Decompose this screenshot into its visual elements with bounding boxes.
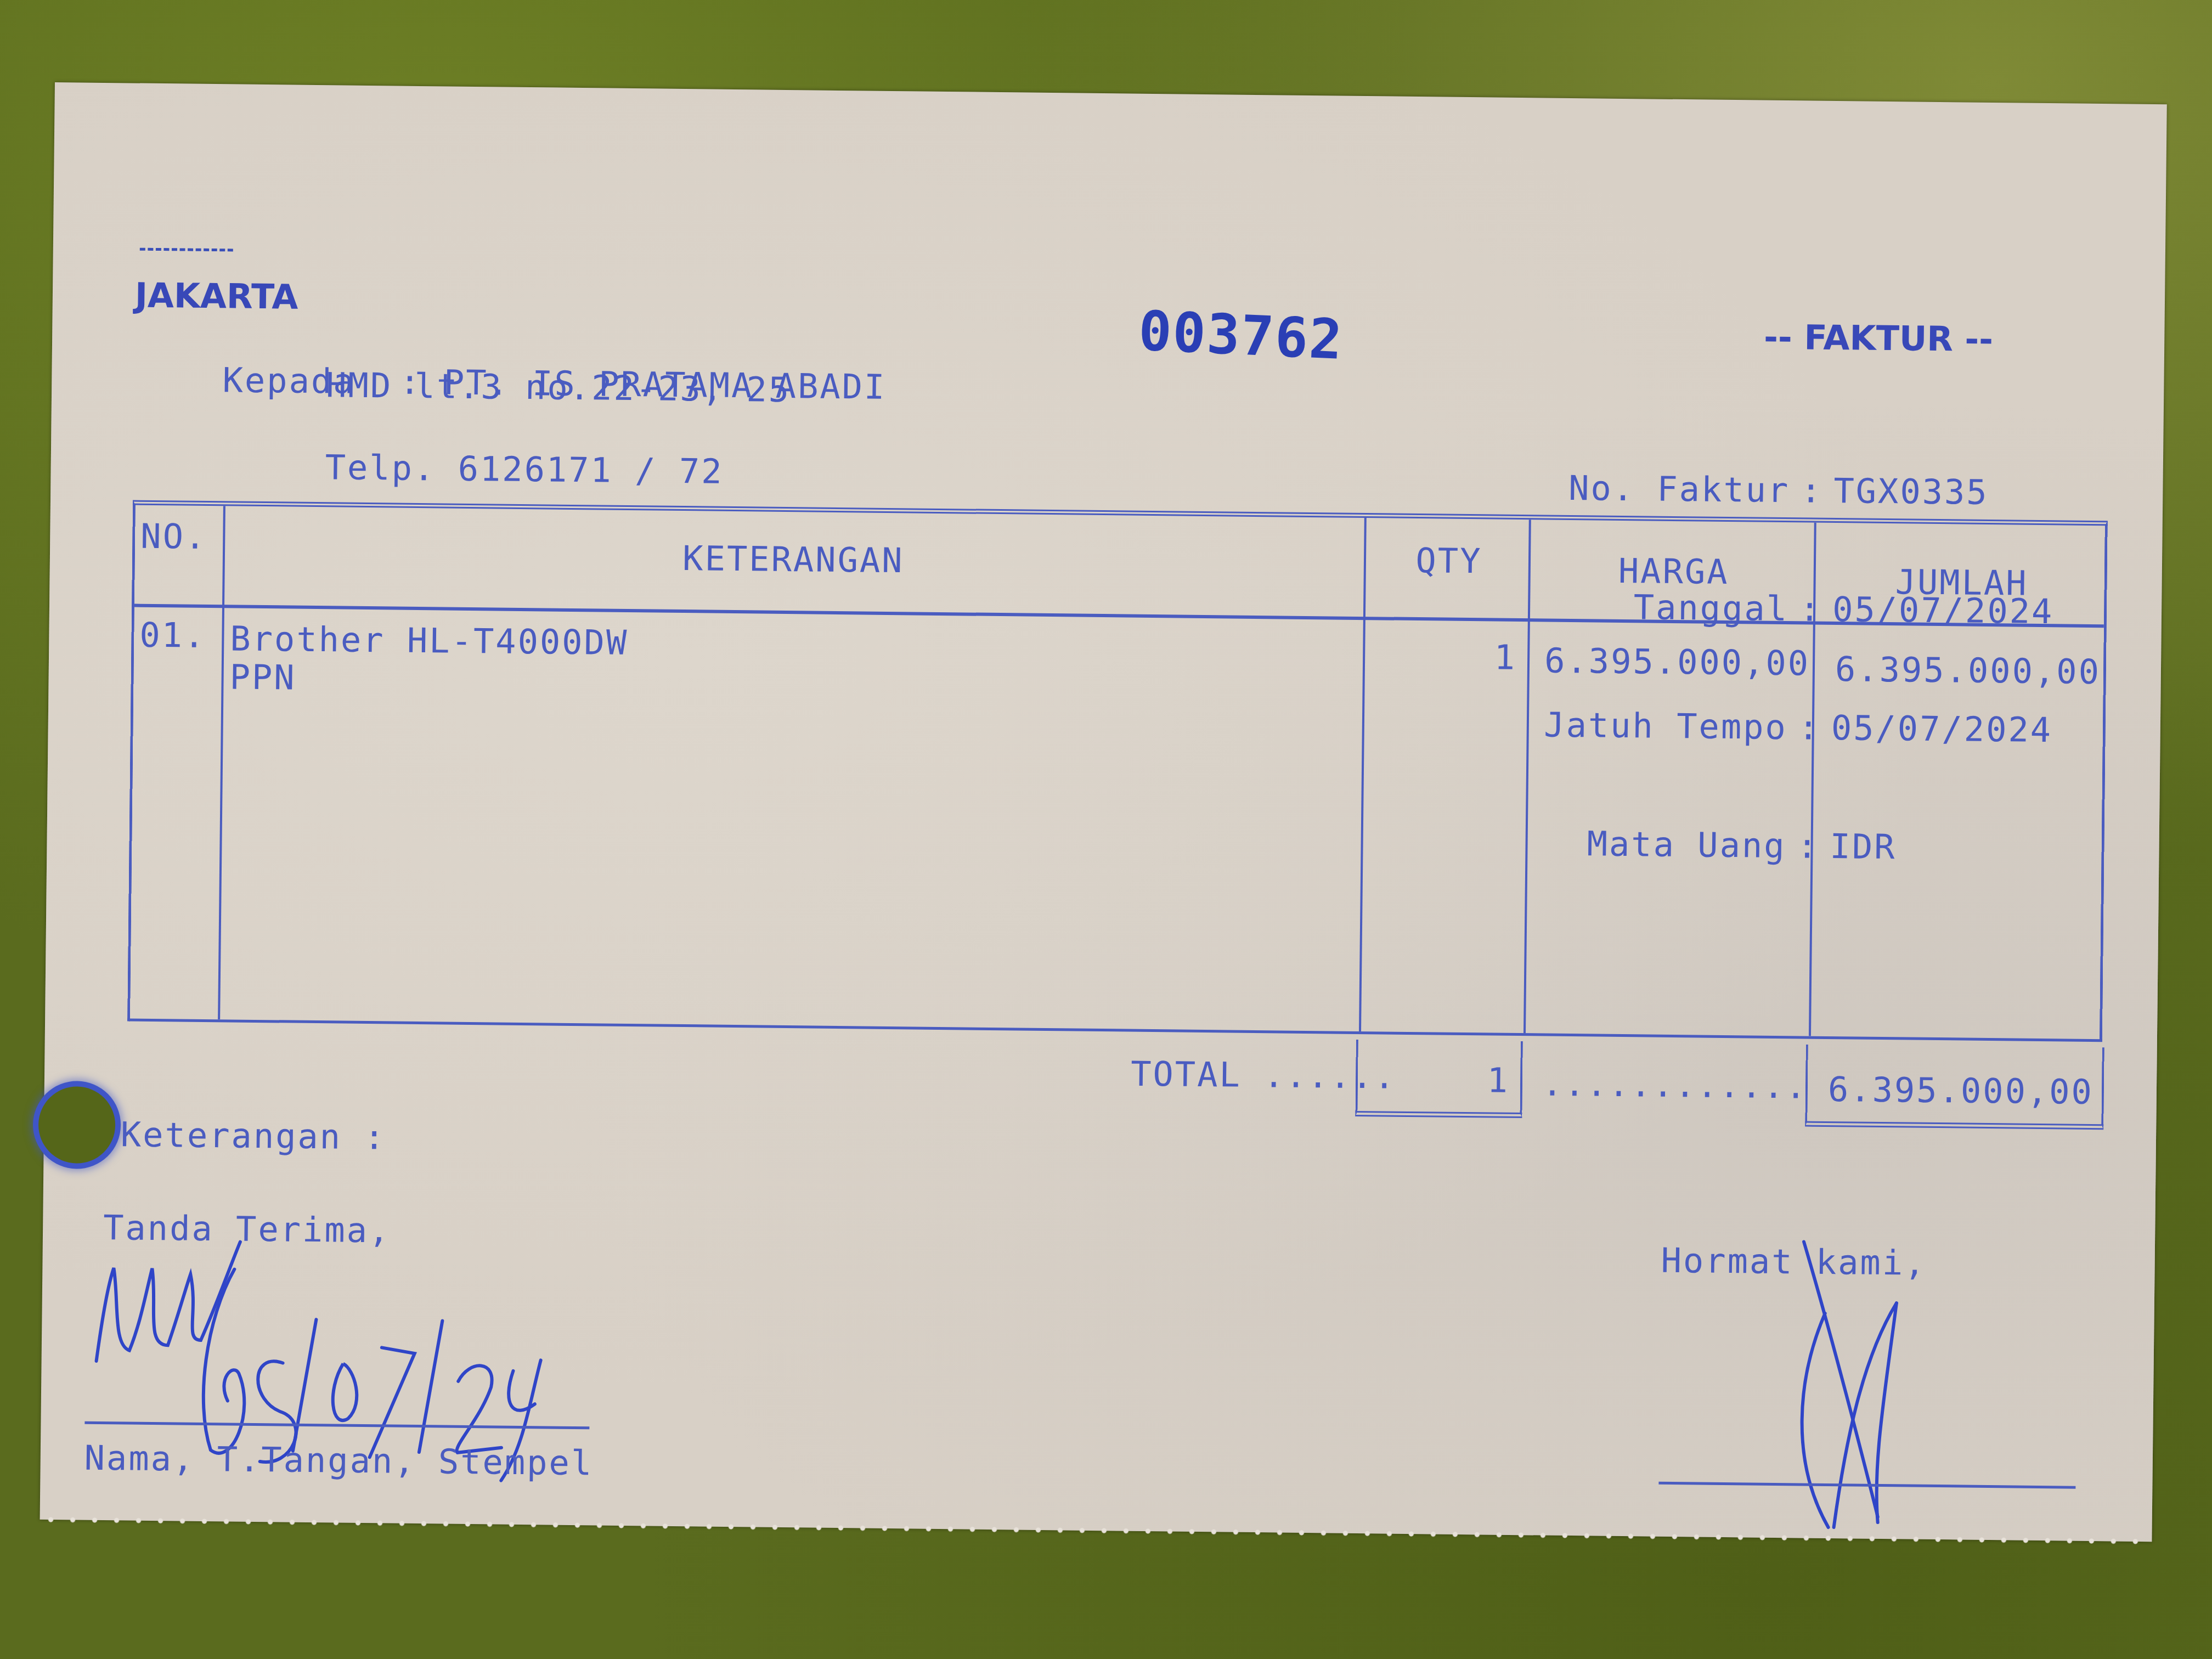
info-sep: : <box>1790 471 1834 510</box>
recipient-address: HMD lt.3 no.22-23, 25 <box>326 365 791 410</box>
total-label: TOTAL ...... <box>1131 1054 1397 1097</box>
header-harga: HARGA <box>1533 550 1814 592</box>
row-harga: 6.395.000,00 <box>1536 640 1810 683</box>
row-description: Brother HL-T4000DW <box>230 618 629 663</box>
total-row: TOTAL ...... 1 ............ 6.395.000,00 <box>127 1026 2102 1124</box>
row-jumlah: 6.395.000,00 <box>1818 649 2101 692</box>
col-divider <box>218 506 225 1019</box>
punch-hole <box>38 1086 115 1164</box>
total-qty: 1 <box>1361 1059 1510 1101</box>
serial-number: 003762 <box>1137 298 1345 372</box>
row-description-ppn: PPN <box>229 657 296 697</box>
sender-signature-icon <box>1768 1231 1936 1539</box>
col-divider <box>1523 520 1531 1033</box>
recipient-phone: Telp. 6126171 / 72 <box>325 447 724 492</box>
col-divider <box>1809 523 1816 1036</box>
total-jumlah: 6.395.000,00 <box>1811 1069 2094 1112</box>
info-row-no-faktur: No. Faktur : TGX0335 <box>1515 469 2053 512</box>
keterangan-label: Keterangan : <box>121 1114 387 1157</box>
city-label: JAKARTA <box>135 275 298 317</box>
nama-ttd-stempel-label: Nama, T.Tangan, Stempel <box>84 1438 593 1483</box>
header-qty: QTY <box>1369 540 1529 582</box>
header-no: NO. <box>140 516 218 557</box>
info-label: No. Faktur <box>1515 469 1790 510</box>
items-table: NO. KETERANGAN QTY HARGA JUMLAH 01. Brot… <box>127 500 2108 1042</box>
header-dash <box>140 248 233 252</box>
col-divider <box>1359 518 1367 1031</box>
header-keterangan: KETERANGAN <box>228 533 1359 585</box>
header-jumlah: JUMLAH <box>1819 561 2104 604</box>
info-value: TGX0335 <box>1833 472 2053 512</box>
document-title: -- FAKTUR -- <box>1764 317 1993 359</box>
total-harga-filler: ............ <box>1542 1063 1808 1106</box>
row-no: 01. <box>139 615 206 656</box>
row-qty: 1 <box>1368 636 1517 678</box>
invoice-paper: JAKARTA 003762 -- FAKTUR -- Kepada : PT.… <box>40 82 2167 1542</box>
